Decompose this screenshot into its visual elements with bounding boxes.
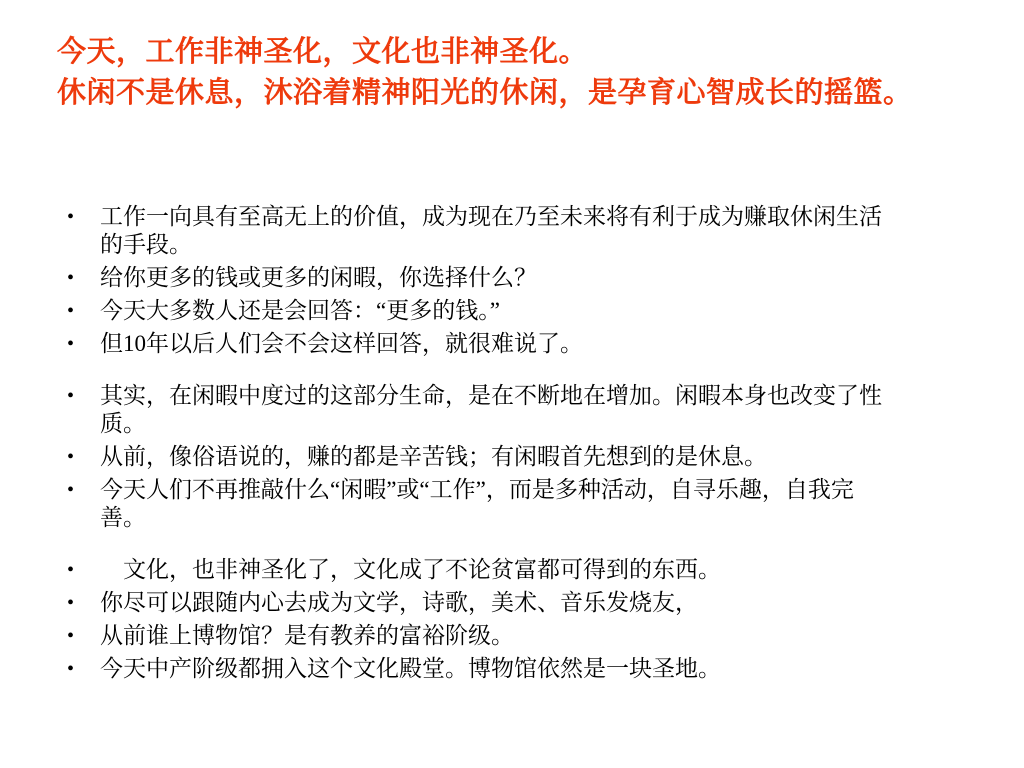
bullet-icon: • xyxy=(64,443,100,471)
bullet-item: • 今天大多数人还是会回答：“更多的钱。” xyxy=(64,297,892,325)
bullet-item: • 但10年以后人们会不会这样回答，就很难说了。 xyxy=(64,330,892,358)
bullet-text: 你尽可以跟随内心去成为文学，诗歌，美术、音乐发烧友， xyxy=(100,589,892,617)
title-line-1: 今天，工作非神圣化，文化也非神圣化。 xyxy=(57,32,977,73)
bullet-icon: • xyxy=(64,297,100,325)
bullet-text: 但10年以后人们会不会这样回答，就很难说了。 xyxy=(100,330,892,358)
bullet-item: • 今天人们不再推敲什么“闲暇”或“工作”，而是多种活动，自寻乐趣，自我完善。 xyxy=(64,476,892,532)
bullet-icon: • xyxy=(64,330,100,358)
bullet-item: • 从前谁上博物馆？是有教养的富裕阶级。 xyxy=(64,622,892,650)
bullet-text: 从前谁上博物馆？是有教养的富裕阶级。 xyxy=(100,622,892,650)
bullet-icon: • xyxy=(64,476,100,504)
bullet-icon: • xyxy=(64,556,100,584)
bullet-text: 其实，在闲暇中度过的这部分生命，是在不断地在增加。闲暇本身也改变了性质。 xyxy=(100,382,892,438)
bullet-icon: • xyxy=(64,655,100,683)
bullet-item: • 给你更多的钱或更多的闲暇，你选择什么？ xyxy=(64,264,892,292)
bullet-text: 文化，也非神圣化了，文化成了不论贫富都可得到的东西。 xyxy=(100,556,892,584)
bullet-icon: • xyxy=(64,203,100,231)
bullet-text: 今天大多数人还是会回答：“更多的钱。” xyxy=(100,297,892,325)
bullet-text: 工作一向具有至高无上的价值，成为现在乃至未来将有利于成为赚取休闲生活的手段。 xyxy=(100,203,892,259)
title-line-2: 休闲不是休息，沐浴着精神阳光的休闲，是孕育心智成长的摇篮。 xyxy=(57,73,977,114)
bullet-text: 今天人们不再推敲什么“闲暇”或“工作”，而是多种活动，自寻乐趣，自我完善。 xyxy=(100,476,892,532)
bullet-item: • 其实，在闲暇中度过的这部分生命，是在不断地在增加。闲暇本身也改变了性质。 xyxy=(64,382,892,438)
bullet-item: • 你尽可以跟随内心去成为文学，诗歌，美术、音乐发烧友， xyxy=(64,589,892,617)
bullet-group-2: • 其实，在闲暇中度过的这部分生命，是在不断地在增加。闲暇本身也改变了性质。 •… xyxy=(64,382,892,532)
slide: 今天，工作非神圣化，文化也非神圣化。 休闲不是休息，沐浴着精神阳光的休闲，是孕育… xyxy=(0,0,1024,768)
bullet-list: • 工作一向具有至高无上的价值，成为现在乃至未来将有利于成为赚取休闲生活的手段。… xyxy=(64,203,892,707)
slide-title: 今天，工作非神圣化，文化也非神圣化。 休闲不是休息，沐浴着精神阳光的休闲，是孕育… xyxy=(57,32,977,114)
bullet-icon: • xyxy=(64,622,100,650)
bullet-item: • 今天中产阶级都拥入这个文化殿堂。博物馆依然是一块圣地。 xyxy=(64,655,892,683)
bullet-item: • 工作一向具有至高无上的价值，成为现在乃至未来将有利于成为赚取休闲生活的手段。 xyxy=(64,203,892,259)
bullet-group-3: • 文化，也非神圣化了，文化成了不论贫富都可得到的东西。 • 你尽可以跟随内心去… xyxy=(64,556,892,683)
bullet-text: 从前，像俗语说的，赚的都是辛苦钱；有闲暇首先想到的是休息。 xyxy=(100,443,892,471)
bullet-group-1: • 工作一向具有至高无上的价值，成为现在乃至未来将有利于成为赚取休闲生活的手段。… xyxy=(64,203,892,358)
bullet-icon: • xyxy=(64,589,100,617)
bullet-item: • 从前，像俗语说的，赚的都是辛苦钱；有闲暇首先想到的是休息。 xyxy=(64,443,892,471)
bullet-text: 今天中产阶级都拥入这个文化殿堂。博物馆依然是一块圣地。 xyxy=(100,655,892,683)
bullet-icon: • xyxy=(64,264,100,292)
bullet-icon: • xyxy=(64,382,100,410)
bullet-item: • 文化，也非神圣化了，文化成了不论贫富都可得到的东西。 xyxy=(64,556,892,584)
bullet-text: 给你更多的钱或更多的闲暇，你选择什么？ xyxy=(100,264,892,292)
